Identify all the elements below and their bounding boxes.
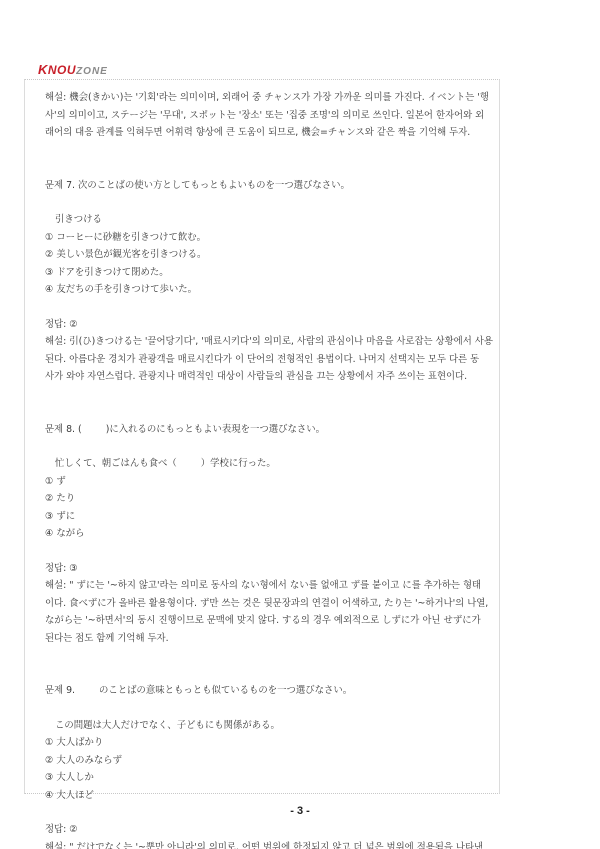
explanation-line: 사가 와야 자연스럽다. 관광지나 매력적인 대상이 사람들의 관심을 끄는 상… [45, 368, 560, 386]
explanation-line: 해설: " だけでなく는 '~뿐만 아니라'의 의미로, 어떤 범위에 한정되지… [45, 839, 560, 849]
answer: 정답: ② [45, 821, 560, 839]
knouzone-logo: KNOUZONE [38, 62, 108, 77]
question-title: 문제 8. ()に入れるのにもっともよい表現を一つ選びなさい。 [45, 421, 560, 439]
explanation-line: 해설: 機会(きかい)는 '기회'라는 의미이며, 외래어 중 チャンス가 가장… [45, 89, 560, 107]
logo-nou: NOU [48, 63, 76, 77]
option-4: ④ 大人ほど [45, 787, 560, 805]
explanation-line: 된다. 아름다운 경치가 관광객을 매료시킨다가 이 단어의 전형적인 용법이다… [45, 351, 560, 369]
prompt-pre: 忙しくて、朝ごはんも食べ（ [55, 458, 177, 469]
option-3: ③ 大人しか [45, 769, 560, 787]
explanation-line: 사'의 의미이고, ステージ는 '무대', スポット는 '장소' 또는 '집중 … [45, 107, 560, 125]
option-1: ① コーヒーに砂糖を引きつけて飲む。 [45, 229, 560, 247]
explanation-line: 이다. 食べずに가 올바른 활용형이다. ず만 쓰는 것은 뒷문장과의 연결이 … [45, 595, 560, 613]
page-number: - 3 - [0, 805, 600, 817]
prev-explanation: 해설: 機会(きかい)는 '기회'라는 의미이며, 외래어 중 チャンス가 가장… [45, 89, 560, 142]
question-title: 문제 7. 次のことばの使い方としてもっともよいものを一つ選びなさい。 [45, 177, 560, 195]
option-2: ② たり [45, 490, 560, 508]
explanation-line: 된다는 점도 함께 기억해 두자. [45, 630, 560, 648]
option-2: ② 美しい景色が観光客を引きつける。 [45, 246, 560, 264]
page-content: 해설: 機会(きかい)는 '기회'라는 의미이며, 외래어 중 チャンス가 가장… [45, 89, 560, 849]
answer: 정답: ② [45, 316, 560, 334]
title-post: )に入れるのにもっともよい表現を一つ選びなさい。 [106, 424, 325, 435]
option-2: ② 大人のみならず [45, 752, 560, 770]
prompt-post: ）学校に行った。 [201, 458, 276, 469]
explanation-line: 래어의 대응 관계를 익혀두면 어휘력 향상에 큰 도움이 되므로, 機会=チャ… [45, 124, 560, 142]
explanation-line: ながら는 '~하면서'의 동시 진행이므로 문맥에 맞지 않다. する의 경우 … [45, 612, 560, 630]
title-pre: 문제 9. [45, 685, 75, 696]
answer: 정답: ③ [45, 560, 560, 578]
question-8: 문제 8. ()に入れるのにもっともよい表現を一つ選びなさい。 忙しくて、朝ごは… [45, 421, 560, 648]
logo-zone: ZONE [76, 66, 108, 77]
question-prompt: この問題は大人だけでなく、子どもにも関係がある。 [45, 717, 560, 735]
option-3: ③ ドアを引きつけて閉めた。 [45, 264, 560, 282]
option-3: ③ ずに [45, 508, 560, 526]
question-title: 문제 9.のことばの意味ともっとも似ているものを一つ選びなさい。 [45, 682, 560, 700]
title-post: のことばの意味ともっとも似ているものを一つ選びなさい。 [99, 685, 352, 696]
option-4: ④ 友だちの手を引きつけて歩いた。 [45, 281, 560, 299]
option-1: ① 大人ばかり [45, 734, 560, 752]
option-1: ① ず [45, 473, 560, 491]
question-prompt: 引きつける [45, 211, 560, 229]
question-9: 문제 9.のことばの意味ともっとも似ているものを一つ選びなさい。 この問題は大人… [45, 682, 560, 849]
question-7: 문제 7. 次のことばの使い方としてもっともよいものを一つ選びなさい。 引きつけ… [45, 177, 560, 386]
logo-k: K [38, 62, 48, 77]
question-prompt: 忙しくて、朝ごはんも食べ（）学校に行った。 [45, 455, 560, 473]
explanation-line: 해설: " ずに는 '~하지 않고'라는 의미로 동사의 ない형에서 ない를 없… [45, 577, 560, 595]
option-4: ④ ながら [45, 525, 560, 543]
explanation-line: 해설: 引(ひ)きつける는 '끌어당기다', '매료시키다'의 의미로, 사람의… [45, 333, 560, 351]
title-pre: 문제 8. ( [45, 424, 82, 435]
